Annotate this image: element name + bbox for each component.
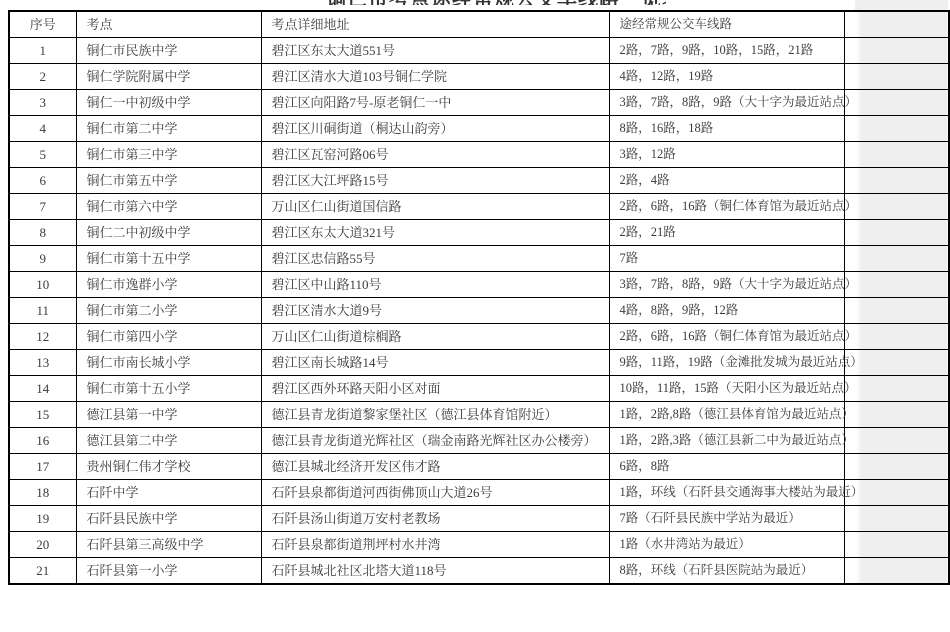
- school-name: 石阡县第一小学: [76, 558, 261, 585]
- bus-routes: 1路，环线（石阡县交通海事大楼站为最近）: [609, 480, 844, 506]
- empty-cell: [844, 168, 949, 194]
- table-row: 15 德江县第一中学 德江县青龙街道黎家堡社区（德江县体育馆附近） 1路，2路,…: [9, 402, 949, 428]
- bus-routes: 1路，2路,8路（德江县体育馆为最近站点）: [609, 402, 844, 428]
- school-name: 铜仁市第二小学: [76, 298, 261, 324]
- row-number: 1: [9, 38, 76, 64]
- table-row: 16 德江县第二中学 德江县青龙街道光辉社区（瑞金南路光辉社区办公楼旁） 1路，…: [9, 428, 949, 454]
- bus-routes: 2路，7路，9路，10路，15路，21路: [609, 38, 844, 64]
- row-number: 13: [9, 350, 76, 376]
- table-row: 19 石阡县民族中学 石阡县汤山街道万安村老教场 7路（石阡县民族中学站为最近）: [9, 506, 949, 532]
- school-name: 铜仁市第十五中学: [76, 246, 261, 272]
- row-number: 9: [9, 246, 76, 272]
- row-number: 8: [9, 220, 76, 246]
- bus-routes: 3路，7路，8路，9路（大十字为最近站点）: [609, 90, 844, 116]
- school-name: 石阡县民族中学: [76, 506, 261, 532]
- school-address: 碧江区忠信路55号: [261, 246, 609, 272]
- bus-routes: 1路（水井湾站为最近）: [609, 532, 844, 558]
- school-address: 德江县青龙街道黎家堡社区（德江县体育馆附近）: [261, 402, 609, 428]
- table-body: 1 铜仁市民族中学 碧江区东太大道551号 2路，7路，9路，10路，15路，2…: [9, 38, 949, 585]
- table-row: 12 铜仁市第四小学 万山区仁山街道棕榈路 2路，6路，16路（铜仁体育馆为最近…: [9, 324, 949, 350]
- table-row: 10 铜仁市逸群小学 碧江区中山路110号 3路，7路，8路，9路（大十字为最近…: [9, 272, 949, 298]
- empty-cell: [844, 454, 949, 480]
- row-number: 7: [9, 194, 76, 220]
- table-row: 3 铜仁一中初级中学 碧江区向阳路7号-原老铜仁一中 3路，7路，8路，9路（大…: [9, 90, 949, 116]
- school-name: 铜仁市第二中学: [76, 116, 261, 142]
- row-number: 19: [9, 506, 76, 532]
- header-col-number: 序号: [9, 11, 76, 38]
- empty-cell: [844, 298, 949, 324]
- bus-routes: 9路，11路，19路（金滩批发城为最近站点）: [609, 350, 844, 376]
- table-row: 14 铜仁市第十五小学 碧江区西外环路天阳小区对面 10路，11路，15路（天阳…: [9, 376, 949, 402]
- row-number: 2: [9, 64, 76, 90]
- bus-routes: 3路，7路，8路，9路（大十字为最近站点）: [609, 272, 844, 298]
- empty-cell: [844, 38, 949, 64]
- school-name: 铜仁市南长城小学: [76, 350, 261, 376]
- row-number: 4: [9, 116, 76, 142]
- bus-routes: 1路，2路,3路（德江县新二中为最近站点）: [609, 428, 844, 454]
- empty-cell: [844, 532, 949, 558]
- school-address: 碧江区西外环路天阳小区对面: [261, 376, 609, 402]
- clipped-title-text: 铜仁市考点途经常规公交车线路一览表: [326, 0, 666, 5]
- school-address: 碧江区瓦窑河路06号: [261, 142, 609, 168]
- school-name: 铜仁市第六中学: [76, 194, 261, 220]
- school-address: 碧江区东太大道551号: [261, 38, 609, 64]
- empty-cell: [844, 506, 949, 532]
- empty-cell: [844, 428, 949, 454]
- bus-routes: 6路，8路: [609, 454, 844, 480]
- school-address: 碧江区川硐街道（桐达山韵旁）: [261, 116, 609, 142]
- school-address: 石阡县泉都街道河西街佛顶山大道26号: [261, 480, 609, 506]
- row-number: 11: [9, 298, 76, 324]
- empty-cell: [844, 194, 949, 220]
- bus-routes: 2路，21路: [609, 220, 844, 246]
- bus-routes: 8路，环线（石阡县医院站为最近）: [609, 558, 844, 585]
- table-row: 20 石阡县第三高级中学 石阡县泉都街道荆坪村水井湾 1路（水井湾站为最近）: [9, 532, 949, 558]
- bus-routes: 7路: [609, 246, 844, 272]
- empty-cell: [844, 376, 949, 402]
- row-number: 18: [9, 480, 76, 506]
- header-col-school: 考点: [76, 11, 261, 38]
- header-col-address: 考点详细地址: [261, 11, 609, 38]
- school-address: 石阡县汤山街道万安村老教场: [261, 506, 609, 532]
- empty-cell: [844, 142, 949, 168]
- school-name: 铜仁市第十五小学: [76, 376, 261, 402]
- school-address: 德江县城北经济开发区伟才路: [261, 454, 609, 480]
- bus-routes: 10路，11路，15路（天阳小区为最近站点）: [609, 376, 844, 402]
- row-number: 12: [9, 324, 76, 350]
- table-header: 序号 考点 考点详细地址 途经常规公交车线路: [9, 11, 949, 38]
- table-row: 5 铜仁市第三中学 碧江区瓦窑河路06号 3路，12路: [9, 142, 949, 168]
- bus-routes: 4路，12路，19路: [609, 64, 844, 90]
- school-name: 德江县第一中学: [76, 402, 261, 428]
- bus-routes: 3路，12路: [609, 142, 844, 168]
- school-name: 铜仁一中初级中学: [76, 90, 261, 116]
- table-row: 4 铜仁市第二中学 碧江区川硐街道（桐达山韵旁） 8路，16路，18路: [9, 116, 949, 142]
- empty-cell: [844, 64, 949, 90]
- table-row: 1 铜仁市民族中学 碧江区东太大道551号 2路，7路，9路，10路，15路，2…: [9, 38, 949, 64]
- row-number: 10: [9, 272, 76, 298]
- row-number: 20: [9, 532, 76, 558]
- row-number: 17: [9, 454, 76, 480]
- bus-routes: 2路，4路: [609, 168, 844, 194]
- exam-site-bus-route-table: 序号 考点 考点详细地址 途经常规公交车线路 1 铜仁市民族中学 碧江区东太大道…: [8, 10, 950, 585]
- table-row: 7 铜仁市第六中学 万山区仁山街道国信路 2路，6路，16路（铜仁体育馆为最近站…: [9, 194, 949, 220]
- school-name: 铜仁市民族中学: [76, 38, 261, 64]
- header-row: 序号 考点 考点详细地址 途经常规公交车线路: [9, 11, 949, 38]
- empty-cell: [844, 402, 949, 428]
- row-number: 14: [9, 376, 76, 402]
- row-number: 3: [9, 90, 76, 116]
- table-row: 21 石阡县第一小学 石阡县城北社区北塔大道118号 8路，环线（石阡县医院站为…: [9, 558, 949, 585]
- school-name: 铜仁市第四小学: [76, 324, 261, 350]
- school-address: 碧江区中山路110号: [261, 272, 609, 298]
- table-row: 17 贵州铜仁伟才学校 德江县城北经济开发区伟才路 6路，8路: [9, 454, 949, 480]
- bus-routes: 2路，6路，16路（铜仁体育馆为最近站点）: [609, 194, 844, 220]
- clipped-title: 铜仁市考点途经常规公交车线路一览表: [326, 0, 666, 5]
- header-col-routes: 途经常规公交车线路: [609, 11, 844, 38]
- row-number: 6: [9, 168, 76, 194]
- bus-routes: 8路，16路，18路: [609, 116, 844, 142]
- bus-routes: 2路，6路，16路（铜仁体育馆为最近站点）: [609, 324, 844, 350]
- table-row: 8 铜仁二中初级中学 碧江区东太大道321号 2路，21路: [9, 220, 949, 246]
- school-address: 德江县青龙街道光辉社区（瑞金南路光辉社区办公楼旁）: [261, 428, 609, 454]
- school-address: 石阡县城北社区北塔大道118号: [261, 558, 609, 585]
- school-name: 石阡中学: [76, 480, 261, 506]
- table-row: 6 铜仁市第五中学 碧江区大江坪路15号 2路，4路: [9, 168, 949, 194]
- school-address: 碧江区大江坪路15号: [261, 168, 609, 194]
- school-address: 碧江区东太大道321号: [261, 220, 609, 246]
- school-name: 铜仁市第三中学: [76, 142, 261, 168]
- table-row: 2 铜仁学院附属中学 碧江区清水大道103号铜仁学院 4路，12路，19路: [9, 64, 949, 90]
- school-address: 万山区仁山街道国信路: [261, 194, 609, 220]
- school-address: 碧江区清水大道103号铜仁学院: [261, 64, 609, 90]
- school-address: 石阡县泉都街道荆坪村水井湾: [261, 532, 609, 558]
- row-number: 21: [9, 558, 76, 585]
- table-row: 11 铜仁市第二小学 碧江区清水大道9号 4路，8路，9路，12路: [9, 298, 949, 324]
- table-row: 18 石阡中学 石阡县泉都街道河西街佛顶山大道26号 1路，环线（石阡县交通海事…: [9, 480, 949, 506]
- school-name: 铜仁学院附属中学: [76, 64, 261, 90]
- bus-routes: 4路，8路，9路，12路: [609, 298, 844, 324]
- row-number: 5: [9, 142, 76, 168]
- bus-routes: 7路（石阡县民族中学站为最近）: [609, 506, 844, 532]
- empty-cell: [844, 324, 949, 350]
- school-address: 万山区仁山街道棕榈路: [261, 324, 609, 350]
- empty-cell: [844, 220, 949, 246]
- school-address: 碧江区清水大道9号: [261, 298, 609, 324]
- school-address: 碧江区南长城路14号: [261, 350, 609, 376]
- header-col-empty: [844, 11, 949, 38]
- school-name: 铜仁二中初级中学: [76, 220, 261, 246]
- table-row: 13 铜仁市南长城小学 碧江区南长城路14号 9路，11路，19路（金滩批发城为…: [9, 350, 949, 376]
- school-address: 碧江区向阳路7号-原老铜仁一中: [261, 90, 609, 116]
- row-number: 15: [9, 402, 76, 428]
- school-name: 贵州铜仁伟才学校: [76, 454, 261, 480]
- table-row: 9 铜仁市第十五中学 碧江区忠信路55号 7路: [9, 246, 949, 272]
- school-name: 德江县第二中学: [76, 428, 261, 454]
- empty-cell: [844, 272, 949, 298]
- empty-cell: [844, 558, 949, 585]
- school-name: 铜仁市第五中学: [76, 168, 261, 194]
- empty-cell: [844, 246, 949, 272]
- empty-cell: [844, 90, 949, 116]
- school-name: 铜仁市逸群小学: [76, 272, 261, 298]
- row-number: 16: [9, 428, 76, 454]
- empty-cell: [844, 116, 949, 142]
- school-name: 石阡县第三高级中学: [76, 532, 261, 558]
